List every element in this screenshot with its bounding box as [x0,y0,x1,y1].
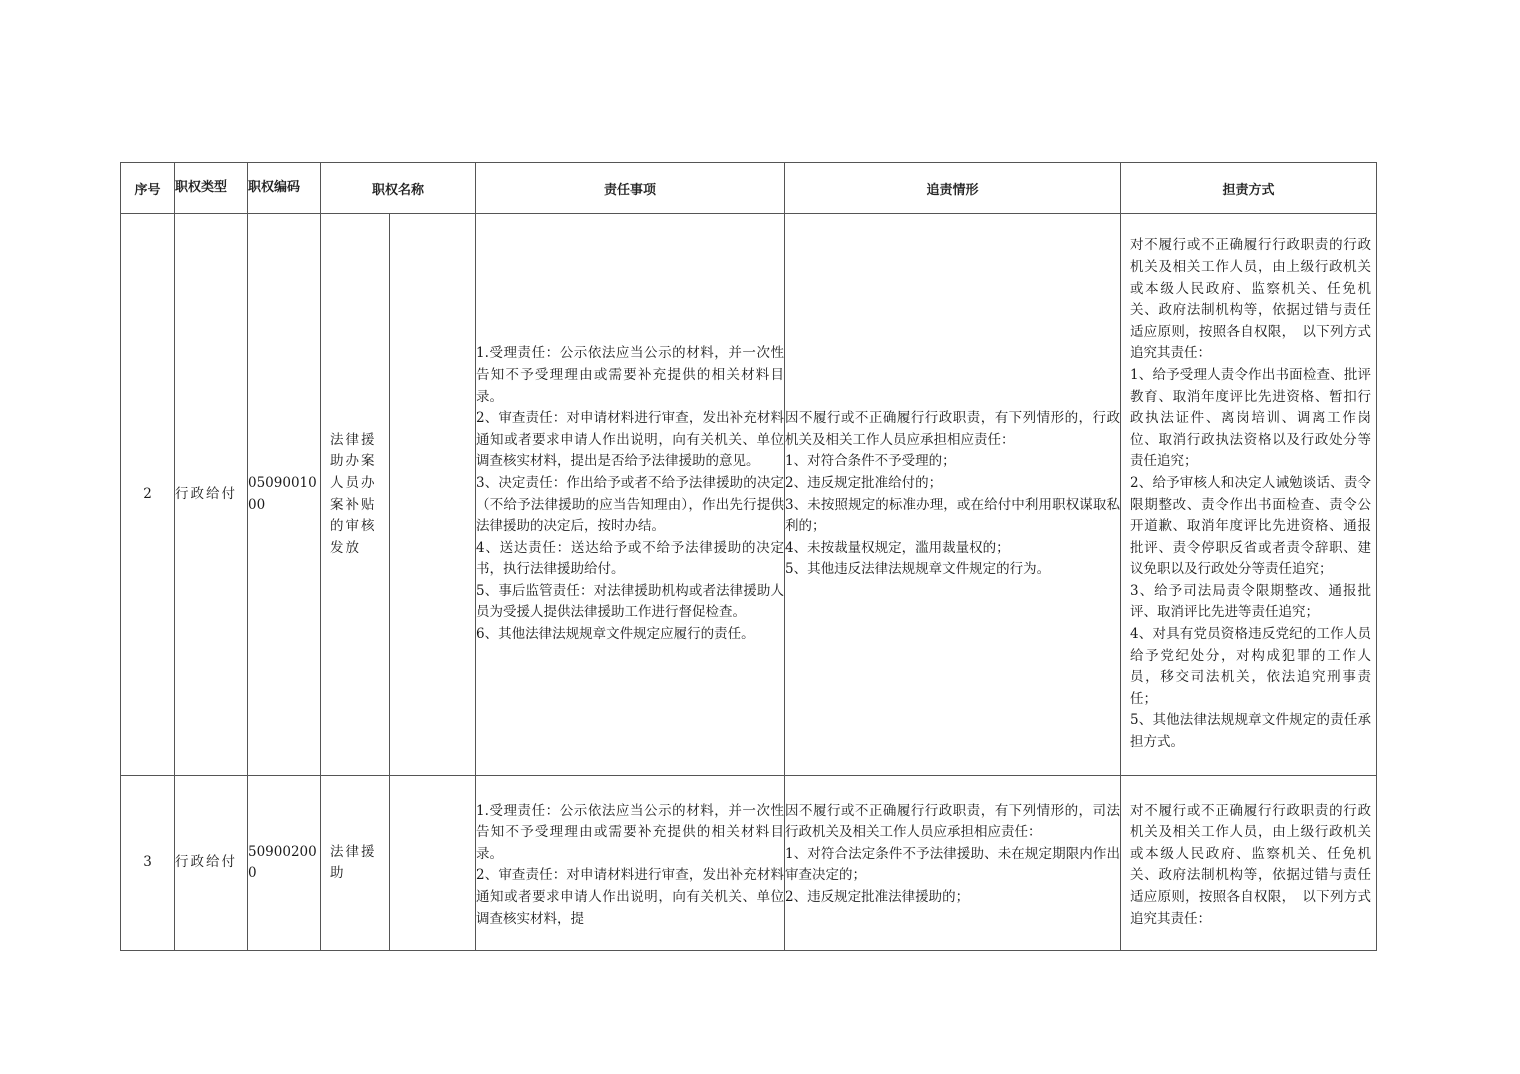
header-type: 职权类型 [175,163,248,214]
row-index: 3 [121,776,175,951]
row-type: 行政给付 [175,214,248,776]
row-code: 509002000 [248,776,321,951]
row-code: 0509001000 [248,214,321,776]
row-name: 法律援助办案人员办案补贴的审核发放 [321,214,390,776]
header-name: 职权名称 [321,163,476,214]
header-index: 序号 [121,163,175,214]
row-name: 法律援助 [321,776,390,951]
table-row: 2 行政给付 0509001000 法律援助办案人员办案补贴的审核发放 1.受理… [121,214,1377,776]
row-accountability-cell: 因不履行或不正确履行行政职责，有下列情形的，司法行政机关及相关工作人员应承担相应… [785,776,1121,951]
row-index: 2 [121,214,175,776]
row-duties: 1.受理责任：公示依法应当公示的材料，并一次性告知不予受理理由或需要补充提供的相… [476,798,784,929]
row-sub-name [390,776,476,951]
header-code: 职权编码 [248,163,321,214]
row-type: 行政给付 [175,776,248,951]
header-duties: 责任事项 [476,163,785,214]
row-liability-cell: 对不履行或不正确履行行政职责的行政机关及相关工作人员，由上级行政机关或本级人民政… [1121,776,1377,951]
row-duties-cell: 1.受理责任：公示依法应当公示的材料，并一次性告知不予受理理由或需要补充提供的相… [476,776,785,951]
row-liability: 对不履行或不正确履行行政职责的行政机关及相关工作人员，由上级行政机关或本级人民政… [1121,214,1377,776]
row-liability: 对不履行或不正确履行行政职责的行政机关及相关工作人员，由上级行政机关或本级人民政… [1130,798,1371,929]
row-accountability: 因不履行或不正确履行行政职责，有下列情形的，行政机关及相关工作人员应承担相应责任… [785,214,1121,776]
row-duties: 1.受理责任：公示依法应当公示的材料，并一次性告知不予受理理由或需要补充提供的相… [476,214,785,776]
header-liability: 担责方式 [1121,163,1377,214]
table-row: 3 行政给付 509002000 法律援助 1.受理责任：公示依法应当公示的材料… [121,776,1377,951]
header-row: 序号 职权类型 职权编码 职权名称 责任事项 追责情形 担责方式 [121,163,1377,214]
power-responsibility-table: 序号 职权类型 职权编码 职权名称 责任事项 追责情形 担责方式 2 行政给付 … [120,162,1377,951]
row-sub-name [390,214,476,776]
row-accountability: 因不履行或不正确履行行政职责，有下列情形的，司法行政机关及相关工作人员应承担相应… [785,798,1120,909]
header-accountability: 追责情形 [785,163,1121,214]
